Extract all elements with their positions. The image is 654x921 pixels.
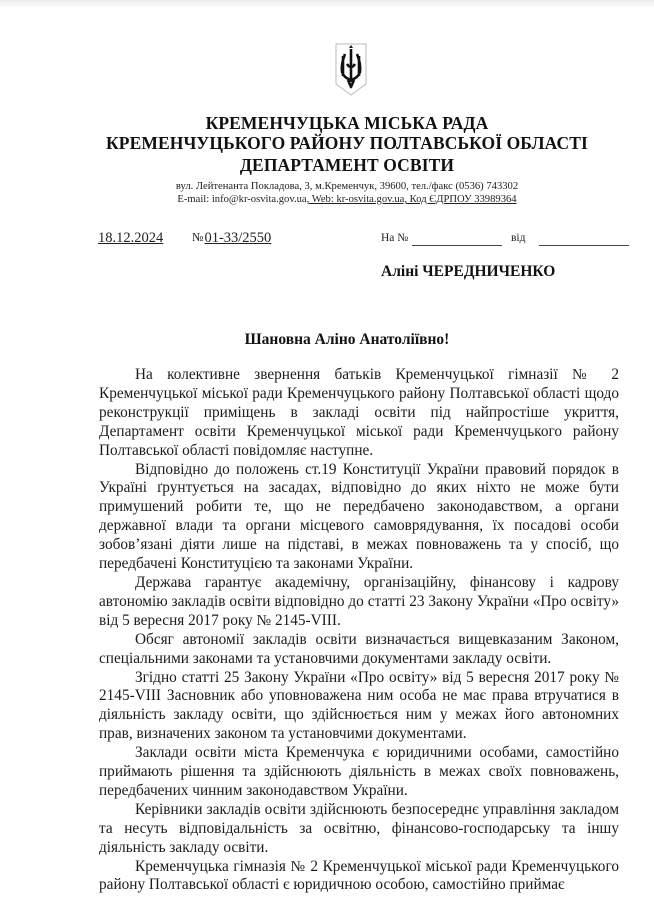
contacts-line: E-mail: info@kr-osvita.gov.ua, Web: kr-o… xyxy=(20,194,654,205)
web-and-code: , Web: kr-osvita.gov.ua, Код ЄДРПОУ 3398… xyxy=(307,194,517,205)
paragraph: Згідно статті 25 Закону України «Про осв… xyxy=(99,669,619,745)
email-link[interactable]: info@kr-osvita.gov.ua xyxy=(212,194,307,205)
email-label: E-mail: xyxy=(177,194,211,205)
number-value: 01-33/2550 xyxy=(204,230,271,246)
paragraph: Заклади освіти міста Кременчука є юридич… xyxy=(99,744,619,801)
greeting: Шановна Аліно Анатоліївно! xyxy=(20,331,654,349)
paragraph: Держава гарантує академічну, організацій… xyxy=(99,574,619,631)
reply-date-blank xyxy=(539,245,629,246)
paragraph: На колективне звернення батьків Кременчу… xyxy=(99,366,619,461)
paragraph: Кременчуцька гімназія № 2 Кременчуцької … xyxy=(99,858,619,896)
org-name-line2: КРЕМЕНЧУЦЬКОГО РАЙОНУ ПОЛТАВСЬКОЇ ОБЛАСТ… xyxy=(20,133,654,154)
address-line: вул. Лейтенанта Покладова, 3, м.Кременчу… xyxy=(20,181,654,192)
paragraph: Керівники закладів освіти здійснюють без… xyxy=(99,801,619,858)
number-sign: № xyxy=(192,230,203,244)
letter-body: На колективне звернення батьків Кременчу… xyxy=(99,366,619,895)
paragraph: Відповідно до положень ст.19 Конституції… xyxy=(99,461,619,574)
from-label: від xyxy=(511,232,525,244)
letter-date: 18.12.2024 xyxy=(98,230,163,247)
paragraph: Обсяг автономії закладів освіти визначає… xyxy=(99,631,619,669)
recipient-name: Аліні ЧЕРЕДНИЧЕНКО xyxy=(381,263,555,281)
org-name-line1: КРЕМЕНЧУЦЬКА МІСЬКА РАДА xyxy=(20,113,654,134)
reply-number-blank xyxy=(412,245,502,246)
department-name: ДЕПАРТАМЕНТ ОСВІТИ xyxy=(20,155,654,176)
letter-number: №01-33/2550 xyxy=(192,230,271,247)
top-shadow xyxy=(0,0,654,8)
trident-emblem-icon xyxy=(334,42,368,97)
reply-to-label: На № xyxy=(381,232,408,244)
